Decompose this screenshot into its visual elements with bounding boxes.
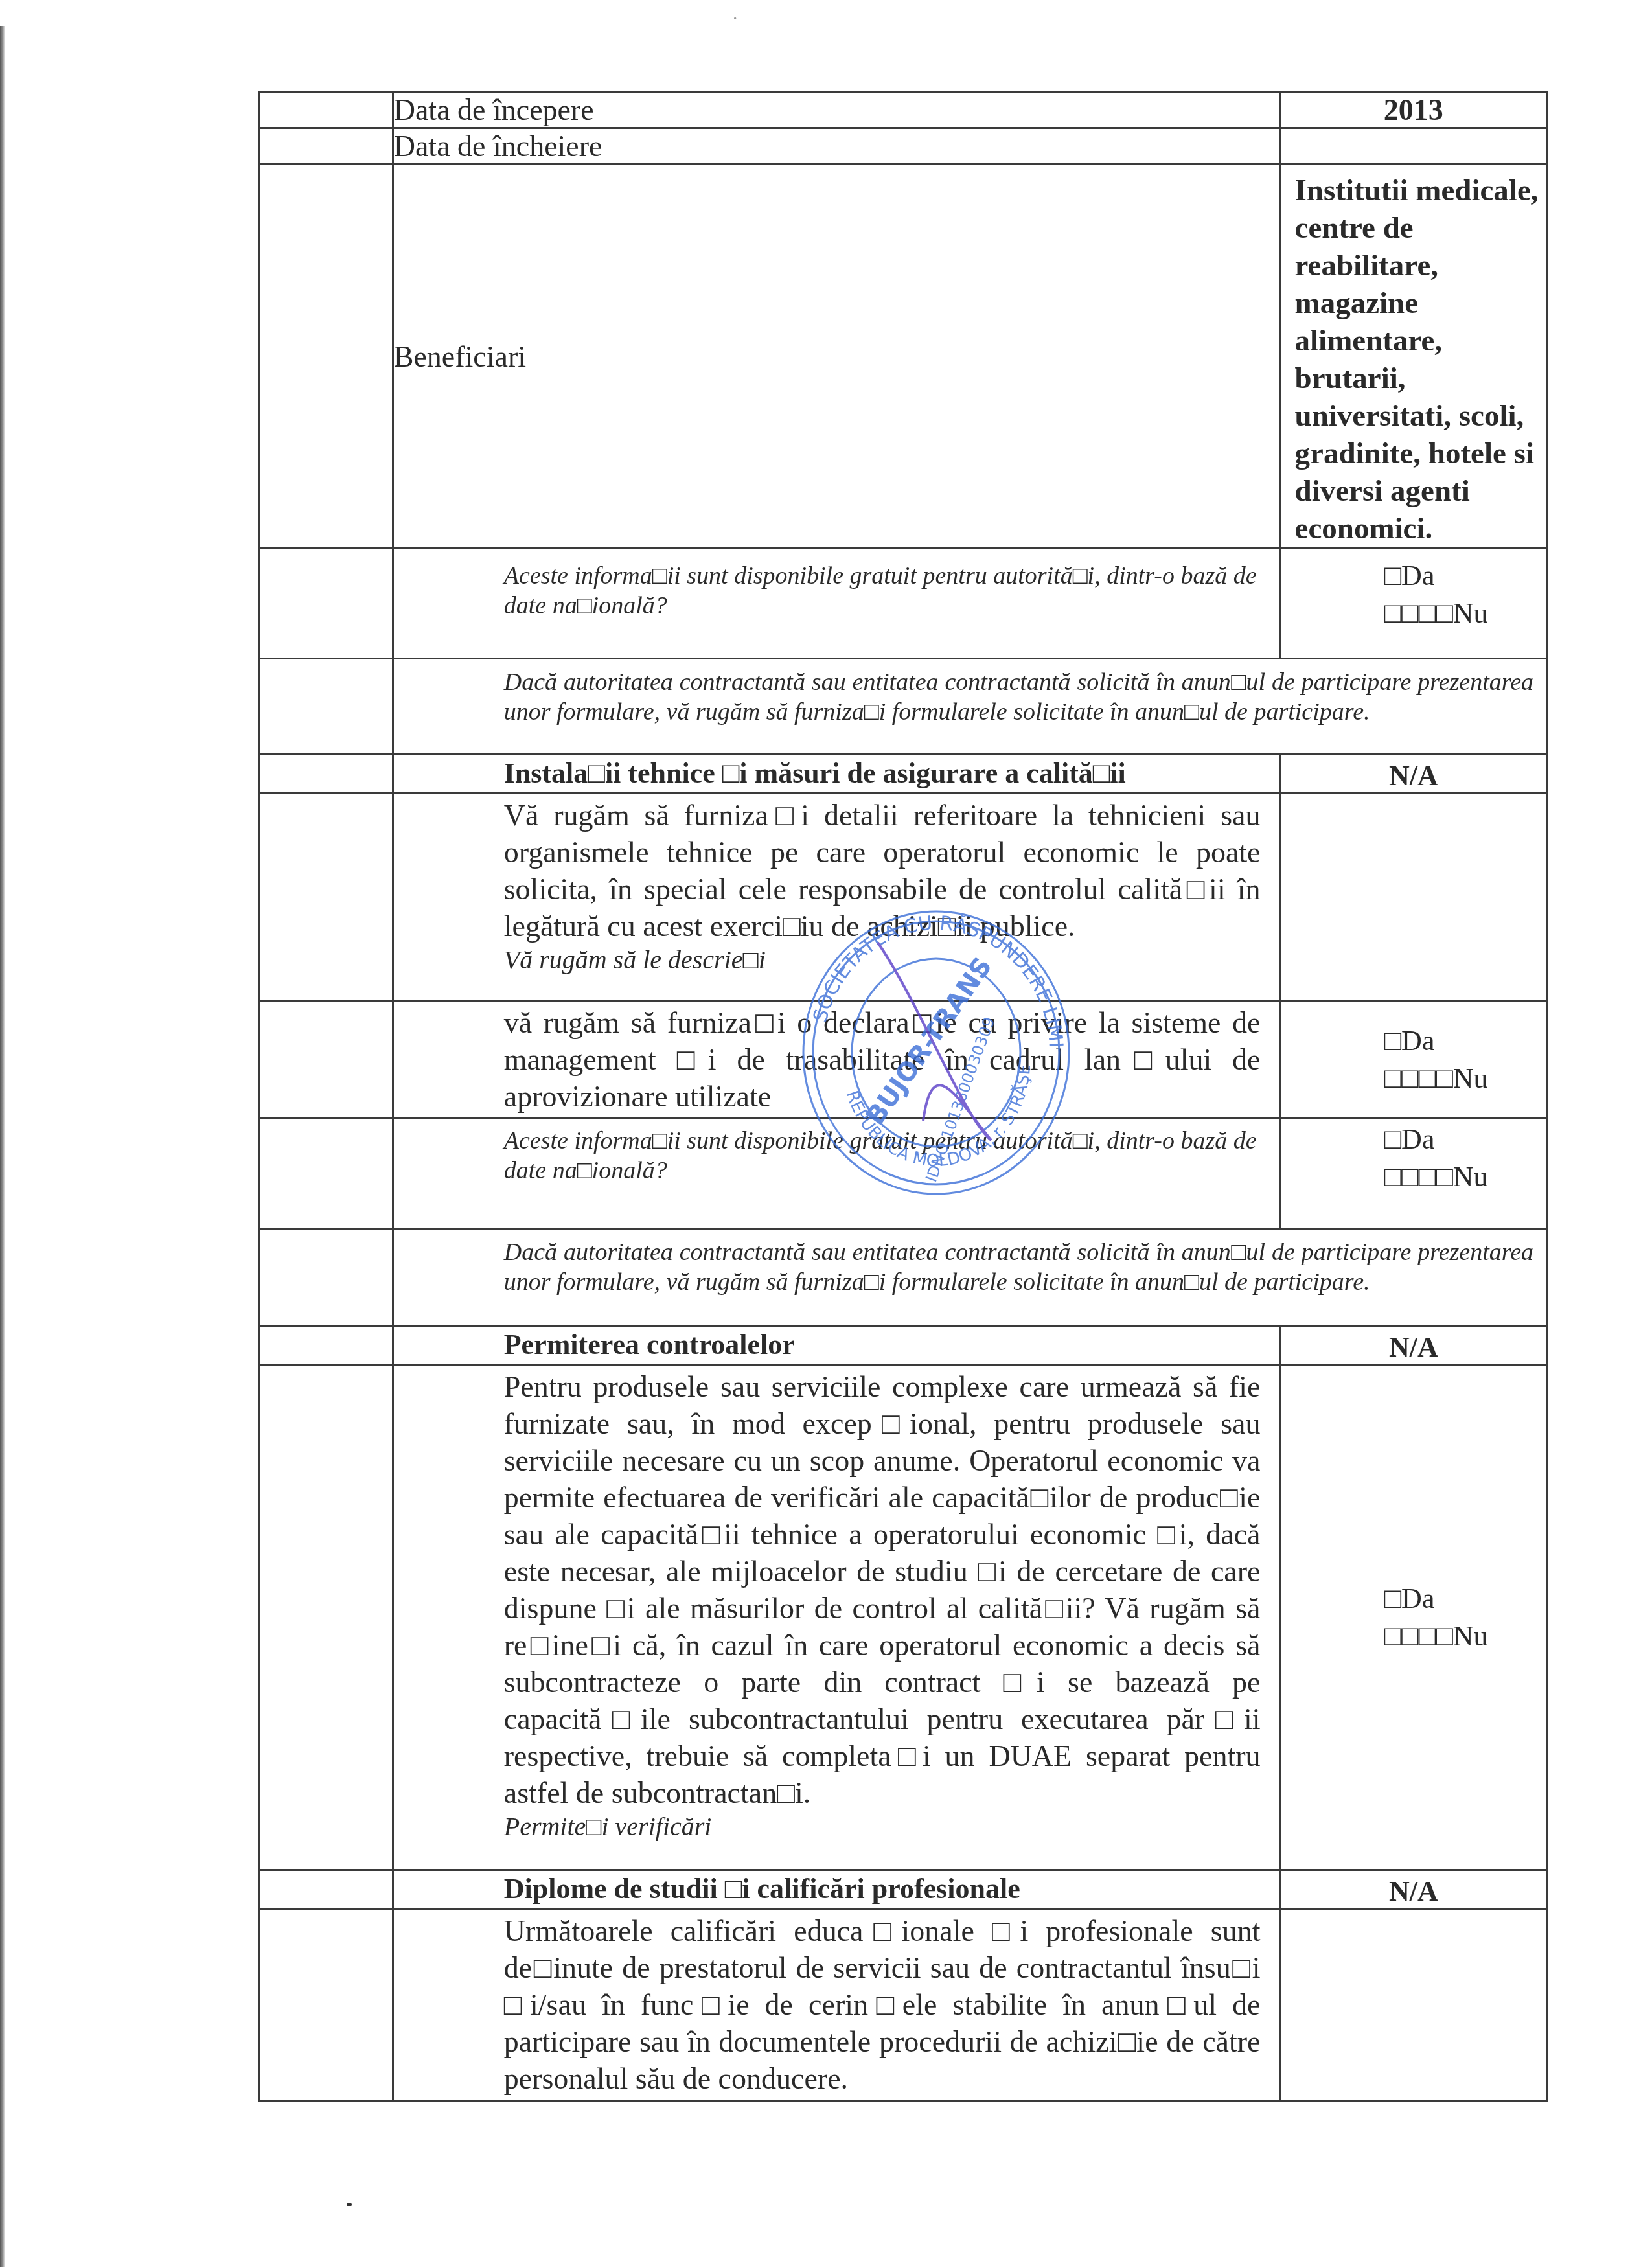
free-info-question: Aceste informa□ii sunt disponibile gratu…: [393, 1119, 1279, 1229]
row-section-quality: Instala□ii tehnice □i măsuri de asigurar…: [259, 755, 1548, 794]
scan-speck: [347, 2203, 352, 2206]
index-cell: [259, 1909, 393, 2101]
start-date-value: 2013: [1279, 92, 1547, 128]
diplomas-details-text: Următoarele calificări educa□ionale □i p…: [393, 1909, 1279, 2101]
index-cell: [259, 1001, 393, 1119]
row-end-date: Data de încheiere: [259, 128, 1548, 165]
row-forms-note-1: Dacă autoritatea contractantă sau entita…: [259, 659, 1548, 755]
end-date-label: Data de încheiere: [393, 128, 1279, 165]
forms-note: Dacă autoritatea contractantă sau entita…: [393, 659, 1547, 755]
scan-speck: ·: [732, 9, 738, 30]
section-controls-value: N/A: [1279, 1326, 1547, 1365]
beneficiaries-label: Beneficiari: [393, 165, 1279, 549]
index-cell: [259, 1326, 393, 1365]
index-cell: [259, 1870, 393, 1909]
row-forms-note-2: Dacă autoritatea contractantă sau entita…: [259, 1229, 1548, 1326]
index-cell: [259, 755, 393, 794]
quality-details-hint: Vă rugăm să le descrie□i: [504, 945, 1261, 976]
controls-details-hint: Permite□i verificări: [504, 1811, 1261, 1842]
index-cell: [259, 1119, 393, 1229]
yes-option[interactable]: □Da: [1384, 557, 1546, 595]
section-quality-value: N/A: [1279, 755, 1547, 794]
row-controls-details: Pentru produsele sau serviciile complexe…: [259, 1365, 1548, 1870]
yes-no-choice: □Da □□□□Nu: [1279, 1365, 1547, 1870]
row-quality-details: Vă rugăm să furniza□i detalii referitoar…: [259, 794, 1548, 1001]
end-date-value: [1279, 128, 1547, 165]
no-option[interactable]: □□□□Nu: [1384, 1618, 1546, 1655]
index-cell: [259, 128, 393, 165]
row-diplomas-details: Următoarele calificări educa□ionale □i p…: [259, 1909, 1548, 2101]
quality-details-answer[interactable]: [1279, 794, 1547, 1001]
section-title-controls: Permiterea controalelor: [393, 1326, 1279, 1365]
quality-details-cell: Vă rugăm să furniza□i detalii referitoar…: [393, 794, 1279, 1001]
yes-option[interactable]: □Da: [1384, 1121, 1546, 1158]
yes-no-choice: □Da □□□□Nu: [1279, 1119, 1547, 1229]
index-cell: [259, 794, 393, 1001]
forms-note: Dacă autoritatea contractantă sau entita…: [393, 1229, 1547, 1326]
section-title-diplomas: Diplome de studii □i calificări profesio…: [393, 1870, 1279, 1909]
procurement-form-table: Data de începere 2013 Data de încheiere …: [258, 91, 1548, 2102]
scan-edge-shadow: [0, 26, 5, 2267]
quality-details-text: Vă rugăm să furniza□i detalii referitoar…: [504, 799, 1261, 943]
row-free-info-1: Aceste informa□ii sunt disponibile gratu…: [259, 549, 1548, 659]
row-traceability: vă rugăm să furniza□i o declara□ie cu pr…: [259, 1001, 1548, 1119]
index-cell: [259, 165, 393, 549]
row-start-date: Data de începere 2013: [259, 92, 1548, 128]
index-cell: [259, 659, 393, 755]
diplomas-details-answer[interactable]: [1279, 1909, 1547, 2101]
row-free-info-2: Aceste informa□ii sunt disponibile gratu…: [259, 1119, 1548, 1229]
row-section-diplomas: Diplome de studii □i calificări profesio…: [259, 1870, 1548, 1909]
section-diplomas-value: N/A: [1279, 1870, 1547, 1909]
start-date-label: Data de începere: [393, 92, 1279, 128]
row-beneficiaries: Beneficiari Institutii medicale, centre …: [259, 165, 1548, 549]
yes-option[interactable]: □Da: [1384, 1022, 1546, 1060]
controls-details-text: Pentru produsele sau serviciile complexe…: [504, 1370, 1261, 1809]
index-cell: [259, 549, 393, 659]
free-info-question: Aceste informa□ii sunt disponibile gratu…: [393, 549, 1279, 659]
index-cell: [259, 1365, 393, 1870]
index-cell: [259, 92, 393, 128]
yes-no-choice: □Da □□□□Nu: [1279, 1001, 1547, 1119]
no-option[interactable]: □□□□Nu: [1384, 1158, 1546, 1196]
yes-option[interactable]: □Da: [1384, 1580, 1546, 1618]
no-option[interactable]: □□□□Nu: [1384, 595, 1546, 632]
traceability-text: vă rugăm să furniza□i o declara□ie cu pr…: [393, 1001, 1279, 1119]
index-cell: [259, 1229, 393, 1326]
row-section-controls: Permiterea controalelor N/A: [259, 1326, 1548, 1365]
section-title-quality: Instala□ii tehnice □i măsuri de asigurar…: [393, 755, 1279, 794]
beneficiaries-value: Institutii medicale, centre de reabilita…: [1279, 165, 1547, 549]
yes-no-choice: □Da □□□□Nu: [1279, 549, 1547, 659]
no-option[interactable]: □□□□Nu: [1384, 1060, 1546, 1097]
controls-details-cell: Pentru produsele sau serviciile complexe…: [393, 1365, 1279, 1870]
